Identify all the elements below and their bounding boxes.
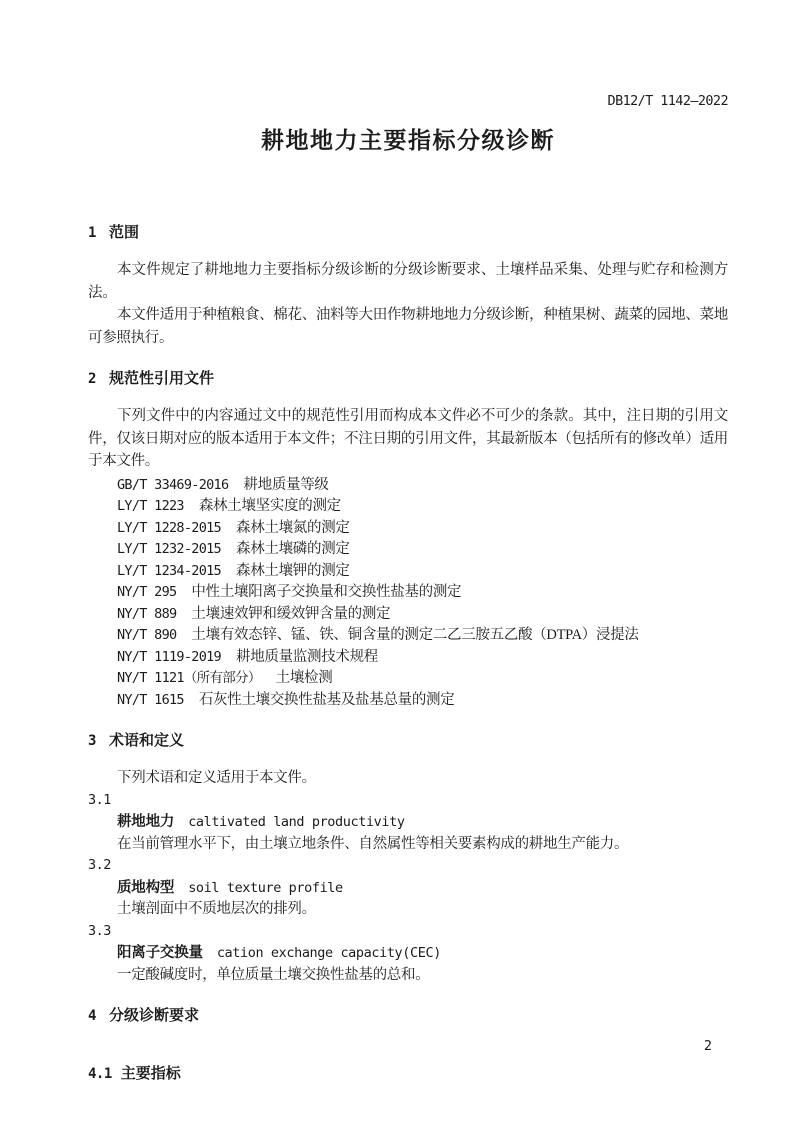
- term-zh: 阳离子交换量: [117, 945, 203, 961]
- term-heading: 阳离子交换量cation exchange capacity(CEC): [88, 942, 728, 965]
- reference-title: 土壤检测: [276, 670, 333, 686]
- reference-title: 耕地质量等级: [243, 477, 328, 493]
- reference-code: GB/T 33469-2016: [117, 477, 228, 493]
- reference-code: LY/T 1232-2015: [117, 541, 221, 557]
- term-en: caltivated land productivity: [188, 814, 404, 830]
- definition-text: 一定酸碱度时，单位质量土壤交换性盐基的总和。: [88, 965, 728, 987]
- reference-title: 森林土壤钾的测定: [236, 563, 350, 579]
- section-heading-4: 4分级诊断要求: [88, 1005, 728, 1027]
- reference-title: 中性土壤阳离子交换量和交换性盐基的测定: [191, 584, 461, 600]
- section-number: 4: [88, 1008, 96, 1024]
- clause-number-3-1: 3.1: [88, 790, 728, 812]
- reference-item: NY/T 889土壤速效钾和缓效钾含量的测定: [88, 604, 728, 626]
- reference-item: NY/T 1121（所有部分）土壤检测: [88, 668, 728, 690]
- reference-item: NY/T 295中性土壤阳离子交换量和交换性盐基的测定: [88, 582, 728, 604]
- reference-code: NY/T 890: [117, 627, 176, 643]
- reference-item: LY/T 1232-2015森林土壤磷的测定: [88, 539, 728, 561]
- paragraph: 本文件规定了耕地地力主要指标分级诊断的分级诊断要求、土壤样品采集、处理与贮存和检…: [88, 259, 728, 304]
- section-title: 分级诊断要求: [109, 1007, 199, 1024]
- reference-item: LY/T 1234-2015森林土壤钾的测定: [88, 561, 728, 583]
- section-heading-3: 3术语和定义: [88, 730, 728, 752]
- section-number: 1: [88, 225, 96, 241]
- term-heading: 耕地地力caltivated land productivity: [88, 811, 728, 834]
- reference-list: GB/T 33469-2016耕地质量等级LY/T 1223森林土壤坚实度的测定…: [88, 475, 728, 712]
- section-title: 术语和定义: [109, 732, 184, 749]
- clause-number-3-3: 3.3: [88, 921, 728, 943]
- reference-code: NY/T 1119-2019: [117, 649, 221, 665]
- term-zh: 质地构型: [117, 880, 174, 896]
- document-content: DB12/T 1142—2022 耕地地力主要指标分级诊断 1范围本文件规定了耕…: [0, 0, 800, 1085]
- document-page: DB12/T 1142—2022 耕地地力主要指标分级诊断 1范围本文件规定了耕…: [0, 0, 800, 1132]
- reference-code: NY/T 1121（所有部分）: [117, 670, 261, 686]
- definition-text: 土壤剖面中不质地层次的排列。: [88, 899, 728, 921]
- section-number: 3: [88, 733, 96, 749]
- term-en: soil texture profile: [188, 880, 343, 896]
- reference-title: 耕地质量监测技术规程: [236, 649, 378, 665]
- term-heading: 质地构型soil texture profile: [88, 877, 728, 900]
- paragraph: 下列术语和定义适用于本文件。: [88, 767, 728, 790]
- reference-title: 土壤速效钾和缓效钾含量的测定: [191, 606, 390, 622]
- definition-text: 在当前管理水平下，由土壤立地条件、自然属性等相关要素构成的耕地生产能力。: [88, 834, 728, 856]
- section-heading-4-1: 4.1主要指标: [88, 1063, 728, 1085]
- reference-code: NY/T 1615: [117, 692, 184, 708]
- reference-item: NY/T 1615石灰性土壤交换性盐基及盐基总量的测定: [88, 690, 728, 712]
- section-title: 规范性引用文件: [109, 370, 214, 387]
- reference-code: NY/T 889: [117, 606, 176, 622]
- reference-code: LY/T 1228-2015: [117, 520, 221, 536]
- doc-code: DB12/T 1142—2022: [88, 93, 728, 110]
- clause-number-3-2: 3.2: [88, 855, 728, 877]
- section-title: 主要指标: [121, 1065, 181, 1082]
- section-heading-1: 1范围: [88, 222, 728, 244]
- reference-item: NY/T 1119-2019耕地质量监测技术规程: [88, 647, 728, 669]
- section-number: 2: [88, 371, 96, 387]
- reference-title: 森林土壤磷的测定: [236, 541, 350, 557]
- reference-code: NY/T 295: [117, 584, 176, 600]
- section-number: 4.1: [88, 1066, 112, 1082]
- reference-code: LY/T 1223: [117, 498, 184, 514]
- reference-item: GB/T 33469-2016耕地质量等级: [88, 475, 728, 497]
- section-title: 范围: [109, 224, 139, 241]
- reference-title: 石灰性土壤交换性盐基及盐基总量的测定: [199, 692, 455, 708]
- term-en: cation exchange capacity(CEC): [217, 945, 441, 961]
- term-zh: 耕地地力: [117, 814, 174, 830]
- reference-item: LY/T 1228-2015森林土壤氮的测定: [88, 518, 728, 540]
- reference-title: 森林土壤氮的测定: [236, 520, 350, 536]
- reference-item: LY/T 1223森林土壤坚实度的测定: [88, 496, 728, 518]
- paragraph: 下列文件中的内容通过文中的规范性引用而构成本文件必不可少的条款。其中，注日期的引…: [88, 405, 728, 473]
- reference-item: NY/T 890土壤有效态锌、锰、铁、铜含量的测定二乙三胺五乙酸（DTPA）浸提…: [88, 625, 728, 647]
- reference-code: LY/T 1234-2015: [117, 563, 221, 579]
- document-title: 耕地地力主要指标分级诊断: [88, 126, 728, 155]
- section-heading-2: 2规范性引用文件: [88, 368, 728, 390]
- page-number: 2: [704, 1038, 712, 1054]
- paragraph: 本文件适用于种植粮食、棉花、油料等大田作物耕地地力分级诊断，种植果树、蔬菜的园地…: [88, 304, 728, 349]
- reference-title: 土壤有效态锌、锰、铁、铜含量的测定二乙三胺五乙酸（DTPA）浸提法: [191, 627, 638, 643]
- reference-title: 森林土壤坚实度的测定: [199, 498, 341, 514]
